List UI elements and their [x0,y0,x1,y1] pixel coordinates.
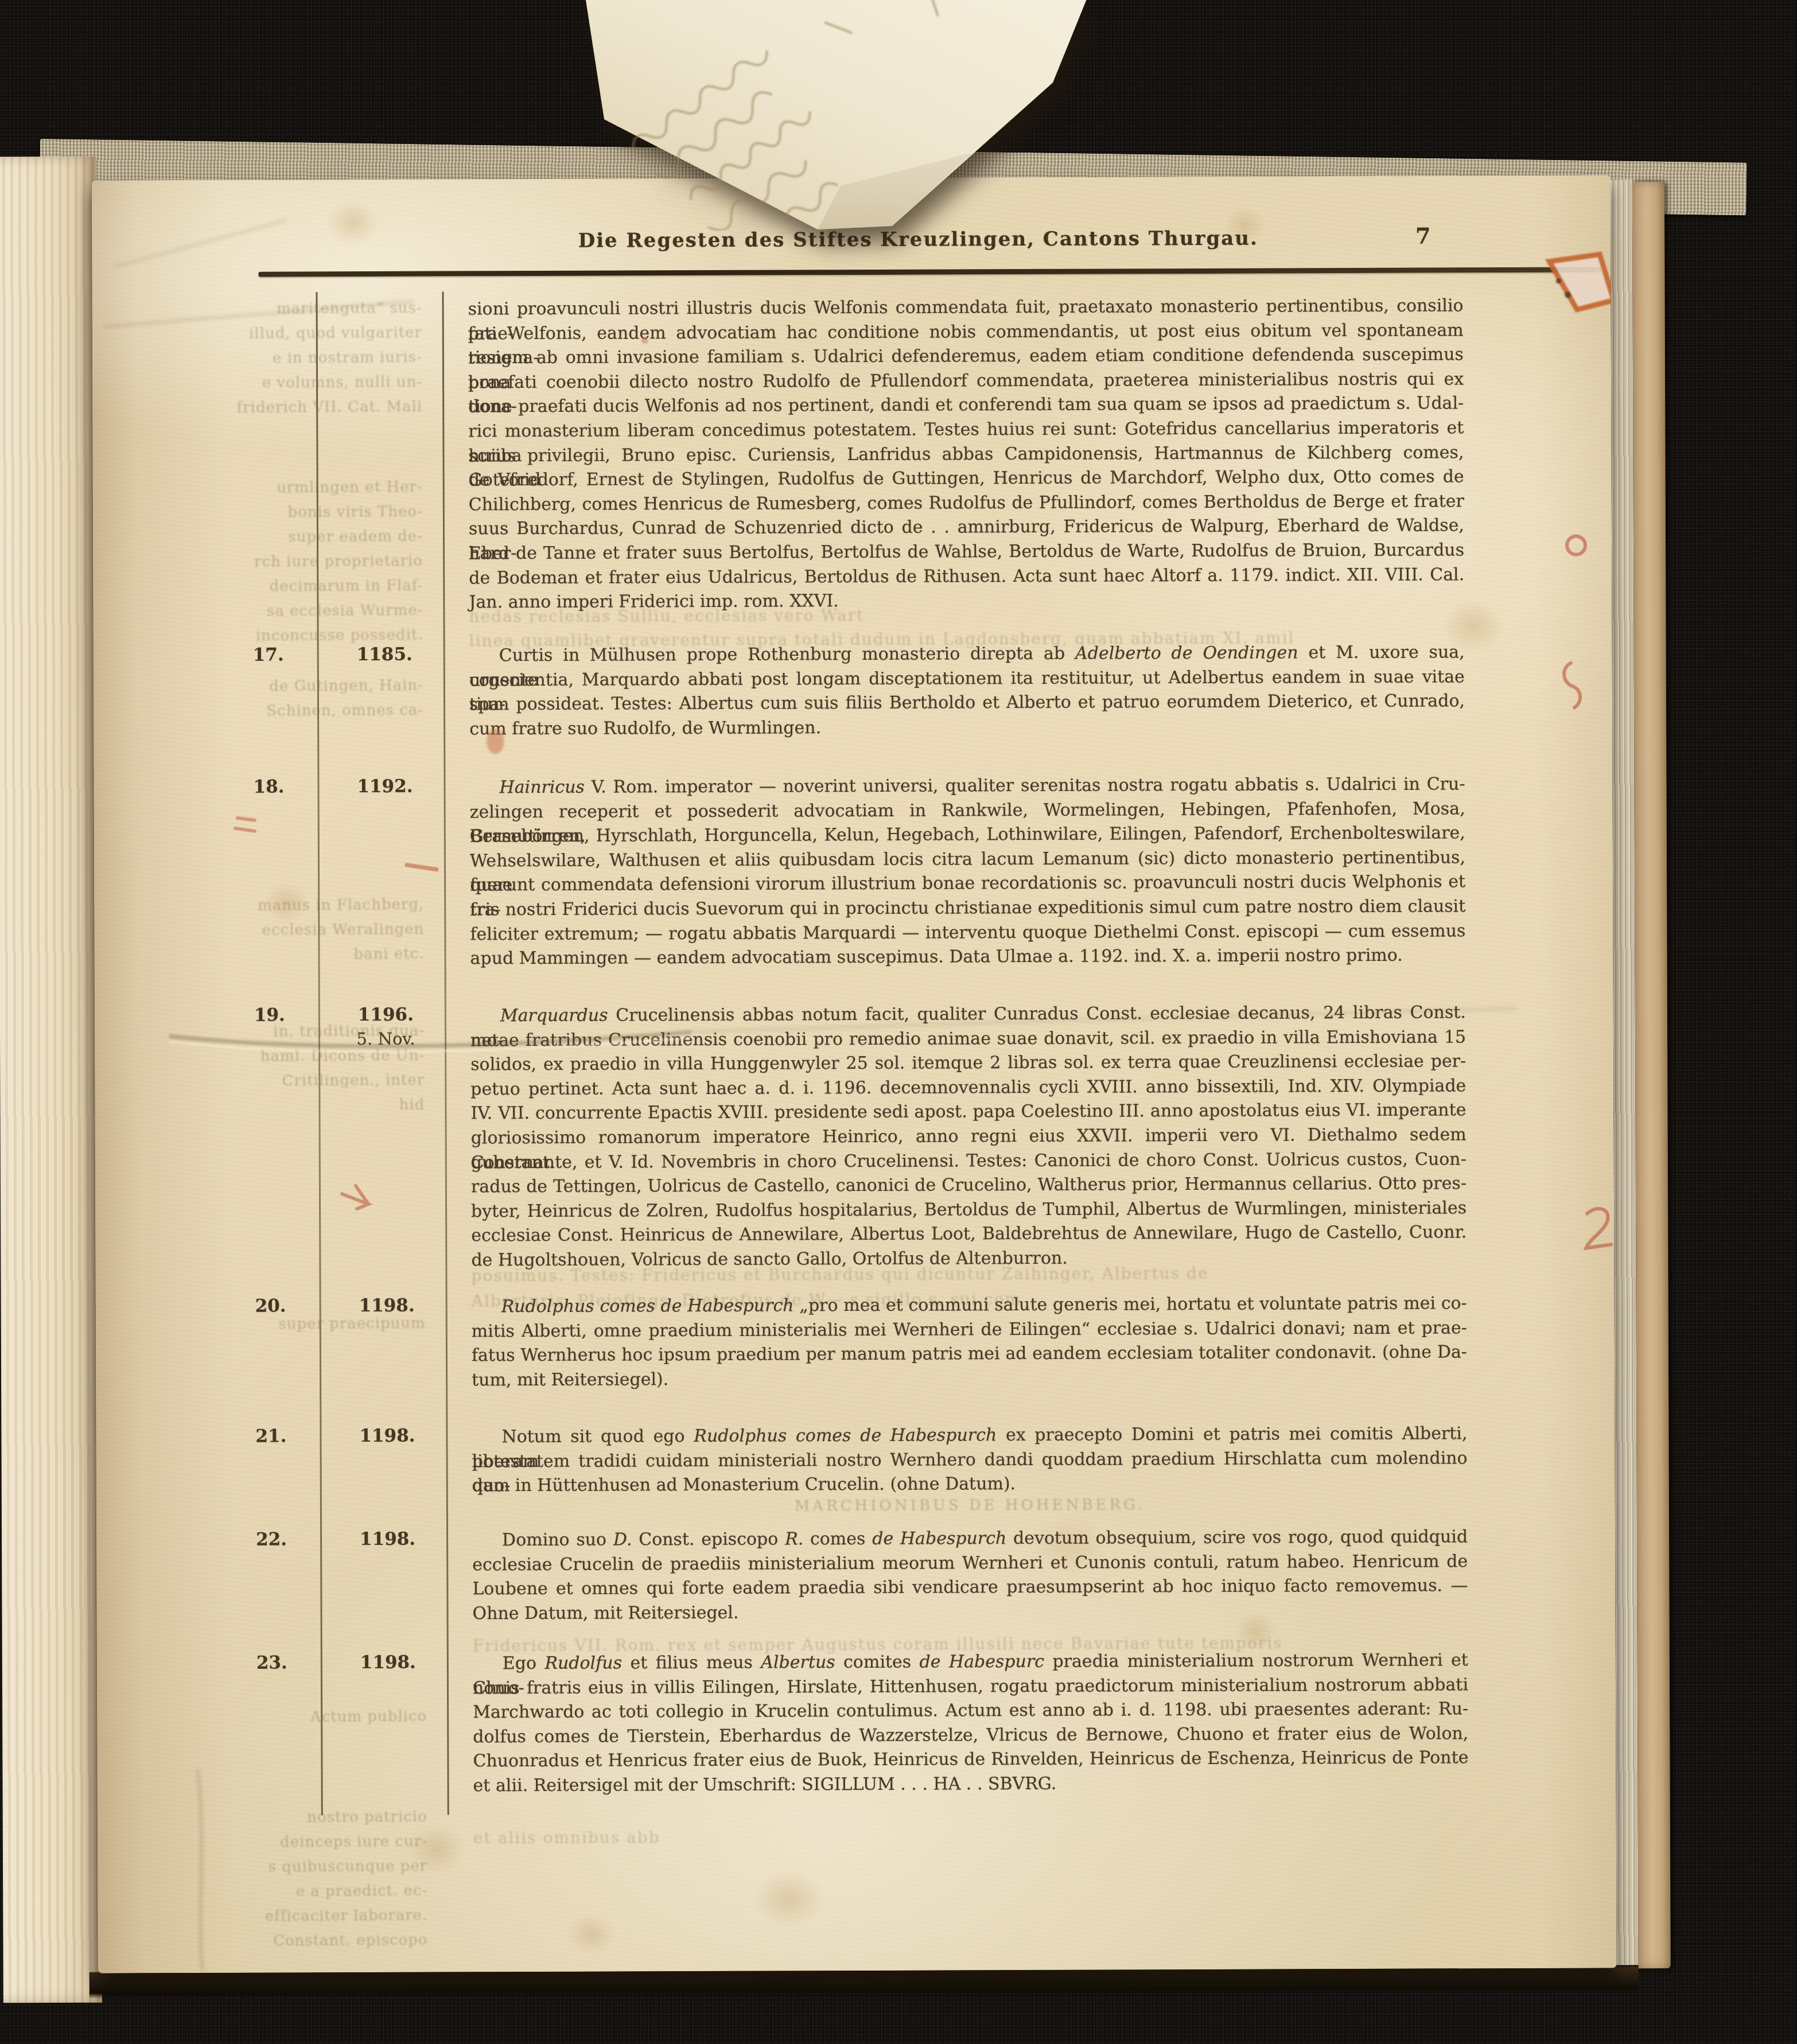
entry-text: Curtis in Mülhusen prope Rothenburg mona… [469,640,1465,741]
book-page: Die Regesten des Stiftes Kreuzlingen, Ca… [92,175,1617,1973]
bleedthrough-fragment: de Gutingen, Hain- [102,677,423,696]
entry-year: 1196. [339,1005,433,1026]
text-line: petuo pertinet. Acta sunt haec a. d. i. … [470,1074,1466,1102]
text-line: IV. VII. concurrente Epactis XVIII. pres… [470,1099,1466,1127]
entry-year: 1185. [337,644,432,665]
entry-number: 19. [232,1005,307,1025]
header-rule [258,267,1601,277]
entry-number: 23. [235,1652,309,1673]
text-line: byter, Heinricus de Zolren, Rudolfus hos… [471,1196,1467,1224]
text-line: feliciter extremum; — rogatu abbatis Mar… [470,919,1465,947]
text-line: suus Burchardus, Cunrad de Schuzenried d… [469,514,1464,542]
text-line: tium possideat. Testes: Albertus cum sui… [469,690,1465,718]
book-board-edge [1632,182,1671,1968]
entry-number: 22. [234,1529,309,1549]
text-line: dolfus comes de Tierstein, Eberhardus de… [473,1722,1468,1750]
paper-slip-bookmark [571,0,1102,233]
bleedthrough-fragment: e volumns, nulli un- [101,373,422,392]
seal-stain [1549,254,1613,309]
regest-entry: 21.1198.Notum sit quod ego Rudolphus com… [96,1421,1615,1426]
text-line: netae fratribus Crucelinensis coenobii p… [470,1025,1466,1053]
text-line: nonis fratris eius in villis Eilingen, H… [473,1673,1468,1701]
text-line: tum, mit Reitersiegel). [472,1365,1467,1393]
bleedthrough-fragment: friderich VII. Cat. Mali [101,398,422,417]
text-line: Hainricus V. Rom. imperator — noverint u… [469,772,1465,800]
text-line: Notum sit quod ego Rudolphus comes de Ha… [472,1422,1467,1450]
text-line: Curtis in Mülhusen prope Rothenburg mona… [469,640,1465,668]
bleedthrough-fragment: inconcusse possedit. [102,626,423,645]
entry-number: 20. [234,1295,308,1316]
text-line: Chuonradus et Henricus frater eius de Bu… [473,1746,1468,1774]
text-line: gubernante, et V. Id. Novembris in choro… [471,1147,1467,1175]
entry-text: Rudolphus comes de Habespurch „pro mea e… [472,1291,1468,1392]
handwriting-showthrough [571,0,1102,233]
bleedthrough-fragment: maritenguta“ sus- [101,299,422,318]
text-line: Ego Rudolfus et filius meus Albertus com… [473,1648,1468,1676]
bleedthrough-fragment: MARCHIONIBUS DE HOHENBERG. [472,1495,1468,1516]
text-line: huius privilegii, Bruno episc. Curiensis… [468,441,1464,469]
text-line: ecclesiae Const. Heinricus de Annewilare… [471,1221,1467,1249]
text-line: de Bodeman et frater eius Udalricus, Ber… [469,563,1464,591]
text-line: Loubene et omnes qui forte eadem praedia… [472,1574,1468,1602]
regest-entry: 18.1192.Hainricus V. Rom. imperator — no… [94,772,1612,777]
entry-number: 18. [231,776,306,797]
entry-date: 5. Nov. [339,1029,433,1049]
bleedthrough-fragment: efficaciter laborare. [106,1907,427,1926]
text-line: Jan. anno imperi Friderici imp. rom. XXV… [469,587,1464,615]
regest-entry: sioni proavunculi nostri illustris ducis… [92,293,1611,298]
entry-year: 1198. [340,1426,434,1447]
entry-text: Marquardus Crucelinensis abbas notum fac… [470,1000,1467,1273]
text-line: Marquardus Crucelinensis abbas notum fac… [470,1000,1466,1029]
entry-text: sioni proavunculi nostri illustris ducis… [468,294,1465,615]
bleedthrough-fragment: Actum publico [106,1708,427,1727]
text-line: tione praefati ducis Welfonis ad nos per… [468,392,1464,420]
text-line: ecclesiae Crucelin de praediis ministeri… [472,1549,1468,1578]
bleedthrough-fragment: Critilingen., inter [103,1072,425,1091]
bleedthrough-fragment: super eadem de- [102,528,423,547]
entry-text: Domino suo D. Const. episcopo R. comes d… [472,1525,1468,1626]
regest-entry: 22.1198.Domino suo D. Const. episcopo R.… [96,1524,1615,1529]
bleedthrough-fragment: e in nostram iuris- [101,349,422,368]
entry-number: 21. [234,1426,308,1446]
text-line: potestatem tradidi cuidam ministeriali n… [472,1446,1468,1474]
bleedthrough-fragment: hid [103,1096,425,1115]
bleedthrough-fragment: s quibuscunque per [106,1858,427,1876]
text-line: radus de Tettingen, Uolricus de Castello… [471,1171,1467,1200]
bleedthrough-fragment: urmlingen et Her- [102,478,423,497]
scanned-book-photo: Die Regesten des Stiftes Kreuzlingen, Ca… [0,0,1797,2044]
entry-year: 1198. [340,1529,435,1550]
text-line: apud Mammingen — eandem advocatiam susce… [470,943,1465,971]
text-line: Ohne Datum, mit Reitersiegel. [472,1598,1468,1626]
bleedthrough-fragment: sa ecclesia Wurme- [102,602,423,621]
entry-year: 1198. [341,1652,435,1673]
text-line: fati Welfonis, eandem advocatiam hac con… [468,318,1464,346]
text-line: Wehselswilare, Walthusen et aliis quibus… [470,846,1465,874]
bleedthrough-fragment: Constant. episcopo [106,1932,427,1950]
regest-entry: 19.1196.5. Nov.Marquardus Crucelinensis … [95,1000,1613,1005]
bleedthrough-fragment: illud, quod vulgariter [101,324,422,343]
bleedthrough-fragment: et aliis omnibus abb [473,1825,1469,1847]
bleedthrough-fragment: bani etc. [103,945,424,964]
text-line: sioni proavunculi nostri illustris ducis… [468,294,1464,322]
foxing-stain [740,1859,838,1940]
text-line: de Hugoltshouen, Volricus de sancto Gall… [471,1245,1467,1273]
book-block: Die Regesten des Stiftes Kreuzlingen, Ca… [0,0,1797,2044]
bleedthrough-fragment: bonis viris Theo- [102,503,423,522]
text-line: cum fratre suo Rudolfo, de Wurmlingen. [469,714,1465,742]
bleedthrough-fragment: super praecipuum [104,1315,426,1334]
text-line: praefati coenobii dilecto nostro Rudolfo… [468,367,1464,395]
text-line: rici monasterium liberam concedimus pote… [468,416,1464,444]
text-line: mitis Alberti, omne praedium ministerial… [472,1316,1467,1344]
text-line: tris nostri Friderici ducis Suevorum qui… [470,894,1465,922]
text-line: tionem ab omni invasione familiam s. Uda… [468,343,1464,371]
text-line: Domino suo D. Const. episcopo R. comes d… [472,1525,1468,1553]
bleedthrough-fragment: e a praedict. ec- [106,1882,427,1901]
text-line: fatus Wernherus hoc ipsum praedium per m… [472,1341,1467,1369]
text-line: fuerunt commendata defensioni virorum il… [470,870,1465,898]
bleedthrough-fragment: haml. Dicons de Un- [103,1047,425,1066]
entry-text: Notum sit quod ego Rudolphus comes de Ha… [472,1422,1467,1498]
entry-number: 17. [231,644,306,665]
bleedthrough-fragment: Schinen, omnes ca- [102,702,423,721]
entry-year: 1192. [337,776,432,797]
foxing-stain [316,191,390,254]
text-line: dam in Hüttenhusen ad Monasterium Crucel… [472,1471,1468,1499]
text-line: de Voredorf, Ernest de Stylingen, Rudolf… [469,465,1464,493]
bleedthrough-fragment: ecclesia Weralingen [103,921,424,940]
left-page-fold [0,157,102,2003]
bleedthrough-fragment: rch iure proprietario [102,552,423,571]
text-line: Marchwardo ac toti collegio in Krucelin … [473,1697,1468,1725]
text-line: Rudolphus comes de Habespurch „pro mea e… [472,1291,1467,1319]
page-number: 7 [1400,223,1446,248]
bleedthrough-fragment: manus in Flachberg, [103,896,424,915]
column-rule-right [442,292,449,1815]
text-line: et alii. Reitersigel mit der Umschrift: … [473,1770,1469,1798]
bleedthrough-fragment: deinceps iure cur- [106,1833,427,1852]
text-line: hard de Tanne et frater suus Bertolfus, … [469,538,1464,566]
text-line: conscientia, Marquardo abbati post longa… [469,665,1465,693]
foxing-stain [557,1905,625,1963]
bleedthrough-fragment: decimarum in Flaf- [102,577,423,596]
entry-text: Ego Rudolfus et filius meus Albertus com… [473,1648,1469,1798]
entry-text: Hainricus V. Rom. imperator — noverint u… [469,772,1465,971]
text-line: zelingen receperit et possederit advocat… [470,797,1465,825]
text-line: gloriosissimo romanorum imperatore Heinr… [471,1123,1467,1151]
text-line: Bermutingen, Hyrschlath, Horguncella, Ke… [470,822,1465,850]
entry-year: 1198. [340,1295,434,1317]
text-line: Chilichberg, comes Henricus de Rumesberg… [469,489,1464,517]
bleedthrough-fragment: nostro patricio [106,1808,427,1827]
text-line: solidos, ex praedio in villa Hunggenwyle… [470,1050,1466,1078]
